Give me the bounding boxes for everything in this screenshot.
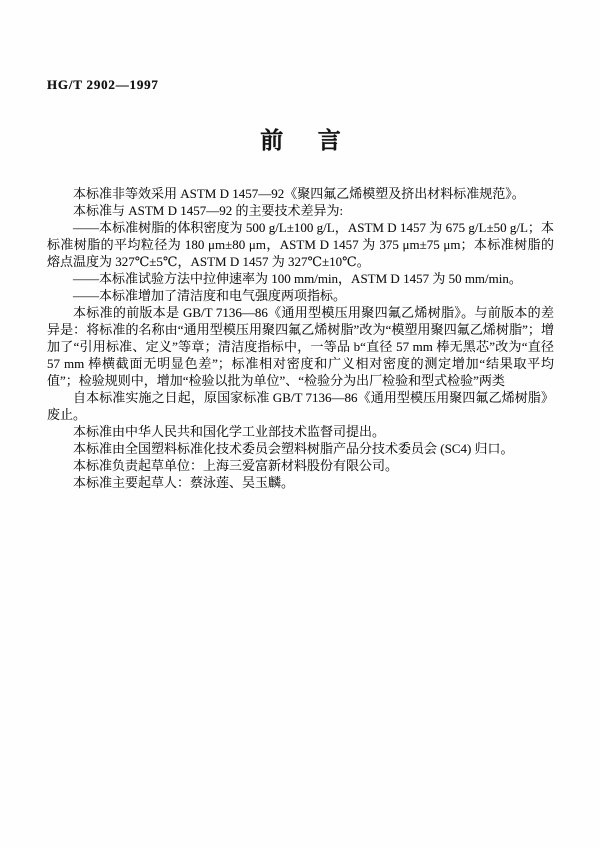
- foreword-paragraph: ——本标准树脂的体积密度为 500 g/L±100 g/L，ASTM D 145…: [47, 219, 554, 270]
- standard-number: HG/T 2902—1997: [47, 78, 554, 92]
- foreword-paragraph: ——本标准增加了清洁度和电气强度两项指标。: [47, 287, 554, 304]
- foreword-paragraph: 本标准由中华人民共和国化学工业部技术监督司提出。: [47, 423, 554, 440]
- foreword-paragraph: 本标准与 ASTM D 1457—92 的主要技术差异为:: [47, 202, 554, 219]
- page-title: 前言: [47, 122, 554, 155]
- document-page: HG/T 2902—1997 前言 本标准非等效采用 ASTM D 1457—9…: [0, 0, 600, 848]
- foreword-paragraph: 本标准主要起草人：蔡泳莲、吴玉麟。: [47, 474, 554, 491]
- foreword-paragraph: 本标准非等效采用 ASTM D 1457—92《聚四氟乙烯模塑及挤出材料标准规范…: [47, 185, 554, 202]
- foreword-paragraph: 本标准由全国塑料标准化技术委员会塑料树脂产品分技术委员会 (SC4) 归口。: [47, 440, 554, 457]
- foreword-body: 本标准非等效采用 ASTM D 1457—92《聚四氟乙烯模塑及挤出材料标准规范…: [47, 185, 554, 491]
- foreword-paragraph: 自本标准实施之日起，原国家标准 GB/T 7136—86《通用型模压用聚四氟乙烯…: [47, 389, 554, 423]
- foreword-paragraph: 本标准的前版本是 GB/T 7136—86《通用型模压用聚四氟乙烯树脂》。与前版…: [47, 304, 554, 389]
- foreword-paragraph: ——本标准试验方法中拉伸速率为 100 mm/min，ASTM D 1457 为…: [47, 270, 554, 287]
- foreword-paragraph: 本标准负责起草单位：上海三爱富新材料股份有限公司。: [47, 457, 554, 474]
